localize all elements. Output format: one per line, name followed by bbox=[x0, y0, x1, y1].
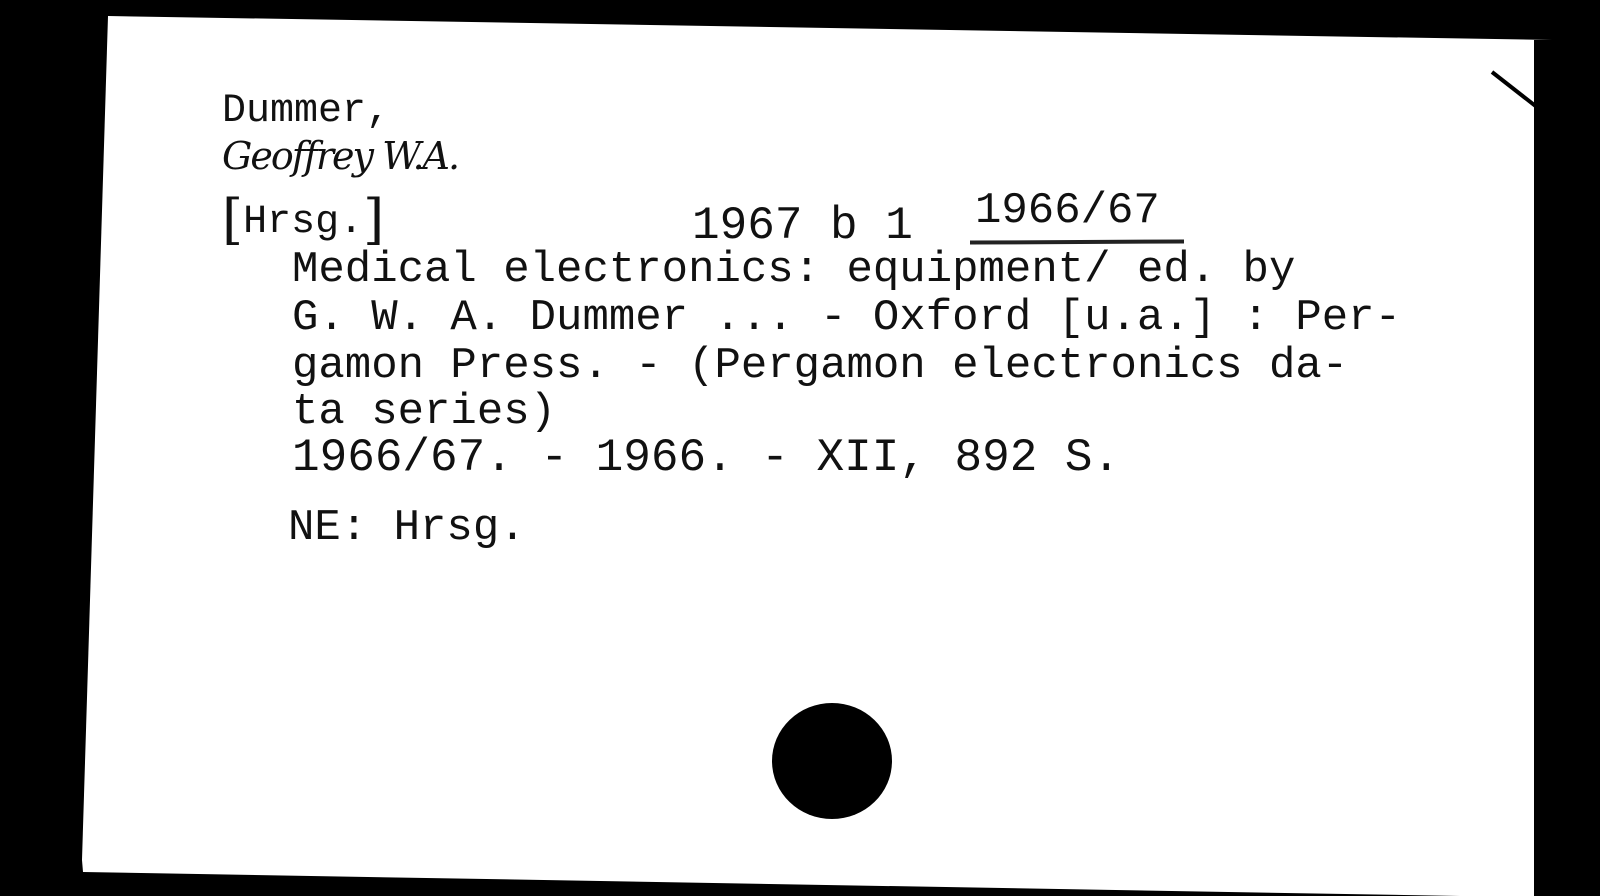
punch-hole bbox=[772, 703, 892, 819]
author-forename-handwritten: Geoffrey W.A. bbox=[222, 134, 458, 178]
note-line: NE: Hrsg. bbox=[288, 504, 526, 552]
bracket-open: [ bbox=[222, 188, 243, 251]
volume-year-underline bbox=[970, 239, 1184, 244]
catalog-card: Dummer, Geoffrey W.A. [Hrsg.] 1967 b 1 1… bbox=[0, 0, 1600, 896]
author-surname: Dummer, bbox=[222, 89, 390, 134]
bracket-close: ] bbox=[363, 188, 384, 251]
author-role: Hrsg. bbox=[243, 200, 363, 245]
title-line-3: gamon Press. - (Pergamon electronics da- bbox=[292, 342, 1348, 390]
title-line-4: ta series) bbox=[292, 388, 556, 436]
scan-border bbox=[1534, 40, 1600, 896]
title-line-2: G. W. A. Dummer ... - Oxford [u.a.] : Pe… bbox=[292, 294, 1401, 342]
title-line-1: Medical electronics: equipment/ ed. by bbox=[292, 246, 1295, 294]
collation-line: 1966/67. - 1966. - XII, 892 S. bbox=[292, 434, 1120, 482]
volume-year: 1966/67 bbox=[975, 186, 1160, 236]
